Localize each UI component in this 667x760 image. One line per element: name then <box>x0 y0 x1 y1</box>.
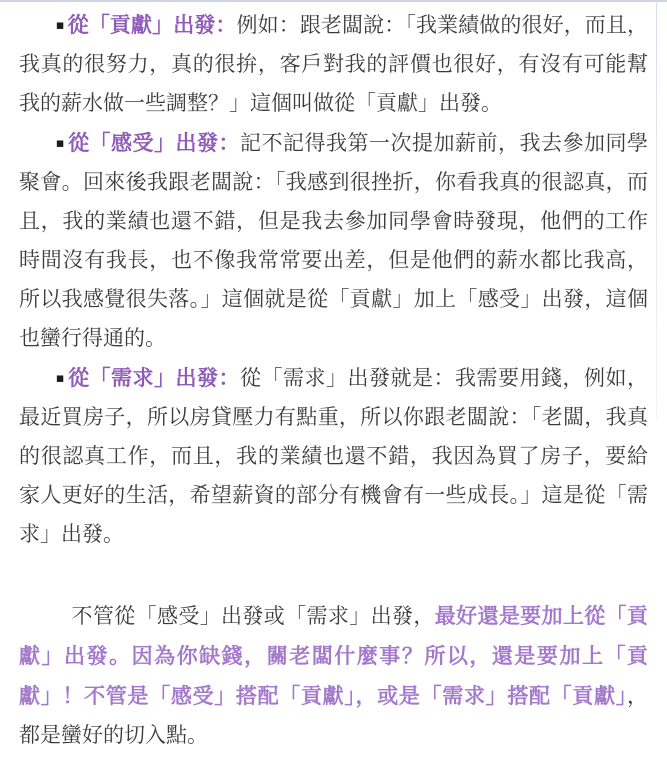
heading-need: 從「需求」出發： <box>68 365 240 390</box>
bullet-square-icon: ▪ <box>56 136 68 151</box>
document-content: ▪從「貢獻」出發：例如：跟老闆說：「我業績做的很好，而且，我真的很努力，真的很拚… <box>0 0 667 755</box>
paragraph-feeling: ▪從「感受」出發：記不記得我第一次提加薪前，我去參加同學聚會。回來後我跟老闆說：… <box>19 123 648 358</box>
page-top-edge-line <box>0 0 667 2</box>
paragraph-need: ▪從「需求」出發：從「需求」出發就是：我需要用錢，例如，最近買房子，所以房貸壓力… <box>19 358 648 554</box>
heading-feeling: 從「感受」出發： <box>68 130 240 155</box>
paragraph-closing: 不管從「感受」出發或「需求」出發，最好還是要加上從「貢獻」出發。因為你缺錢，關老… <box>19 596 648 755</box>
body-text-need: 從「需求」出發就是：我需要用錢，例如，最近買房子，所以房貸壓力有點重，所以你跟老… <box>19 366 648 546</box>
paragraph-contribution: ▪從「貢獻」出發：例如：跟老闆說：「我業績做的很好，而且，我真的很努力，真的很拚… <box>19 5 648 123</box>
bullet-square-icon: ▪ <box>56 18 68 33</box>
page-right-edge-line <box>656 0 657 420</box>
bullet-square-icon: ▪ <box>56 371 68 386</box>
closing-lead-text: 不管從「感受」出發或「需求」出發， <box>72 604 435 628</box>
heading-contribution: 從「貢獻」出發： <box>68 12 237 37</box>
body-text-feeling: 記不記得我第一次提加薪前，我去參加同學聚會。回來後我跟老闆說：「我感到很挫折，你… <box>19 131 648 350</box>
